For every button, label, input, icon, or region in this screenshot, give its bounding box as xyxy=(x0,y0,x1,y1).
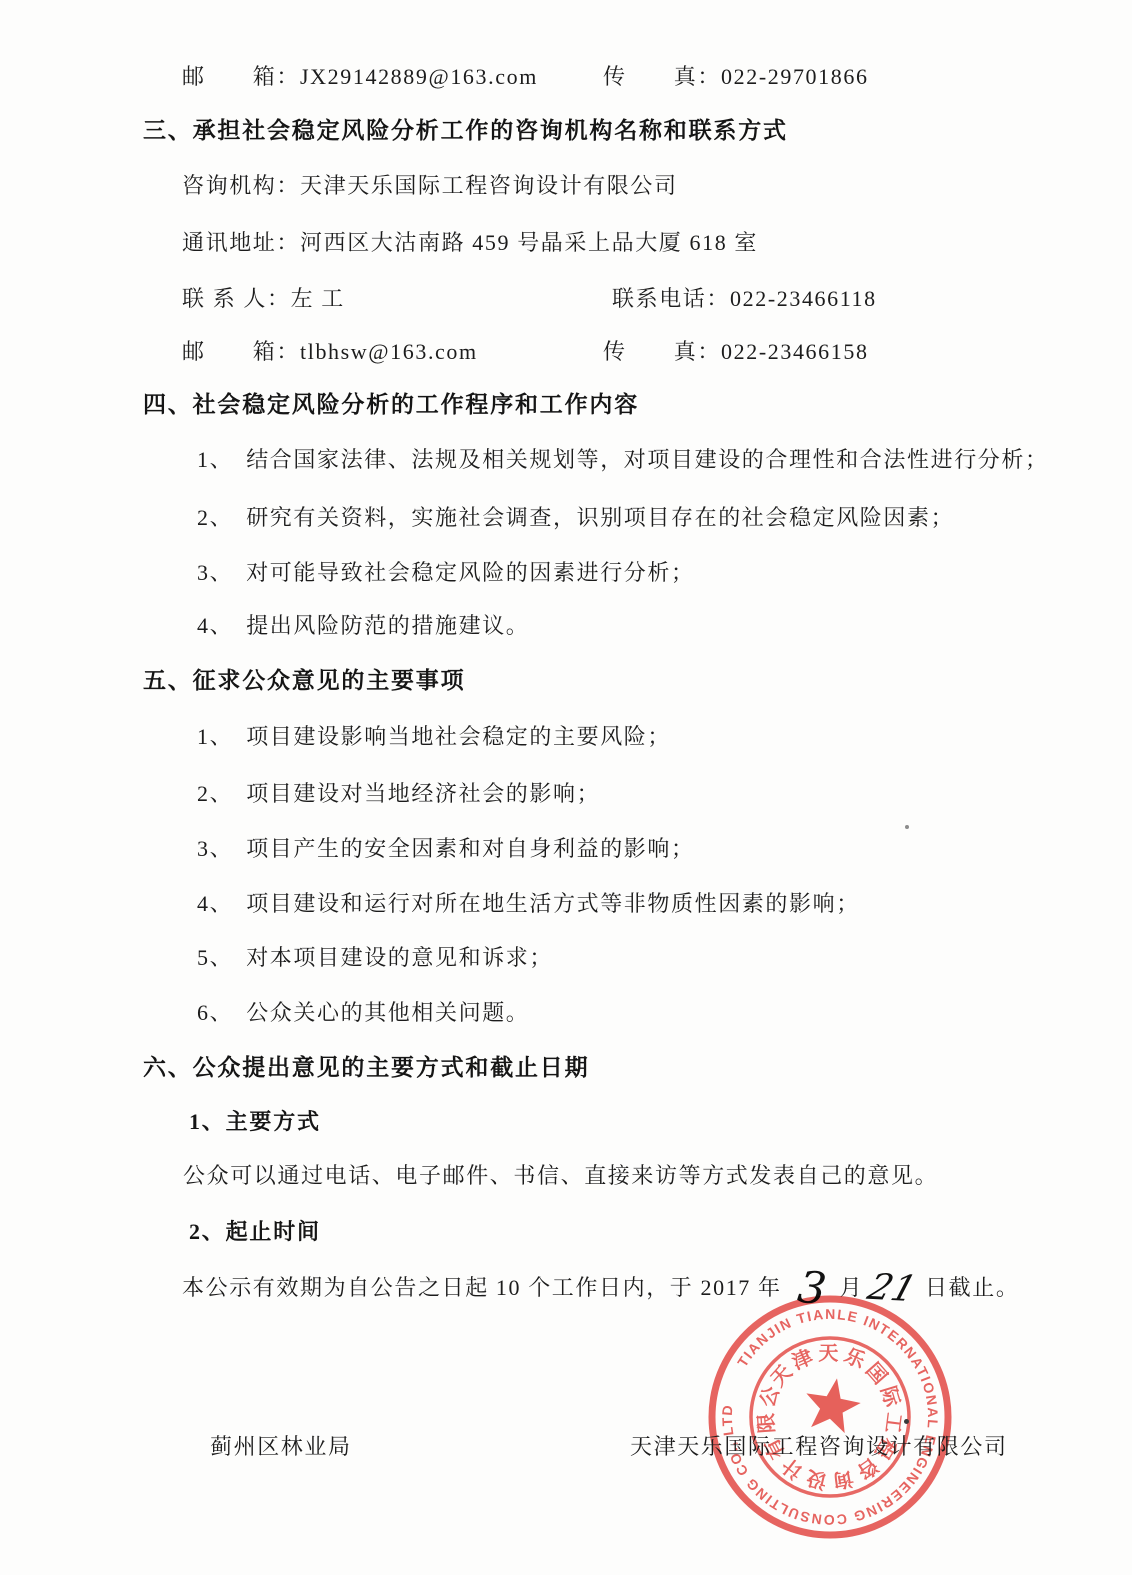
item-text: 对可能导致社会稳定风险的因素进行分析； xyxy=(246,560,694,585)
section5-item-6: 6、公众关心的其他相关问题。 xyxy=(197,998,529,1028)
item-number: 1、 xyxy=(197,445,233,475)
header-fax: 传 真：022-29701866 xyxy=(603,62,869,92)
header-email-fax-row: 邮 箱：JX29142889@163.com xyxy=(182,62,538,92)
header-email-label: 邮 箱： xyxy=(182,64,300,89)
section4-item-2: 2、研究有关资料，实施社会调查，识别项目存在的社会稳定风险因素； xyxy=(197,503,954,533)
item-number: 3、 xyxy=(197,834,233,864)
scan-speck xyxy=(904,1419,909,1424)
section3-phone: 联系电话：022-23466118 xyxy=(612,284,877,314)
section6-sub1-title: 1、主要方式 xyxy=(189,1107,321,1137)
header-fax-value: 022-29701866 xyxy=(721,64,869,89)
item-text: 对本项目建设的意见和诉求； xyxy=(246,945,553,970)
item-number: 5、 xyxy=(197,943,233,973)
item-text: 研究有关资料，实施社会调查，识别项目存在的社会稳定风险因素； xyxy=(246,505,954,530)
section3-contact-person: 联 系 人：左 工 xyxy=(182,284,345,314)
section4-item-1: 1、结合国家法律、法规及相关规划等，对项目建设的合理性和合法性进行分析； xyxy=(197,445,1049,475)
item-number: 2、 xyxy=(197,779,233,809)
section4-item-3: 3、对可能导致社会稳定风险的因素进行分析； xyxy=(197,558,695,588)
header-fax-label: 传 真： xyxy=(603,64,721,89)
item-text: 公众关心的其他相关问题。 xyxy=(246,1000,529,1025)
section3-email-value: tlbhsw@163.com xyxy=(300,339,478,364)
section3-title: 三、承担社会稳定风险分析工作的咨询机构名称和联系方式 xyxy=(143,116,788,146)
document-page: 邮 箱：JX29142889@163.com 传 真：022-29701866 … xyxy=(0,0,1132,1575)
item-text: 结合国家法律、法规及相关规划等，对项目建设的合理性和合法性进行分析； xyxy=(246,447,1048,472)
item-number: 4、 xyxy=(197,611,233,641)
section3-fax-label: 传 真： xyxy=(603,339,721,364)
section3-email: 邮 箱：tlbhsw@163.com xyxy=(182,337,478,367)
section3-agency: 咨询机构：天津天乐国际工程咨询设计有限公司 xyxy=(182,171,678,201)
item-text: 项目产生的安全因素和对自身利益的影响； xyxy=(246,836,694,861)
section5-item-5: 5、对本项目建设的意见和诉求； xyxy=(197,943,553,973)
footer-left-org: 蓟州区林业局 xyxy=(210,1432,352,1462)
section5-title: 五、征求公众意见的主要事项 xyxy=(143,666,465,696)
item-text: 项目建设对当地经济社会的影响； xyxy=(246,781,600,806)
company-seal-stamp: TIANJIN TIANLE INTERNATIONAL ENGINEERING… xyxy=(705,1295,955,1545)
item-number: 4、 xyxy=(197,889,233,919)
section6-sub1-text: 公众可以通过电话、电子邮件、书信、直接来访等方式发表自己的意见。 xyxy=(183,1161,938,1191)
header-email-value: JX29142889@163.com xyxy=(300,64,538,89)
item-number: 6、 xyxy=(197,998,233,1028)
footer-right-org: 天津天乐国际工程咨询设计有限公司 xyxy=(630,1432,1008,1462)
section3-fax: 传 真：022-23466158 xyxy=(603,337,869,367)
item-text: 项目建设影响当地社会稳定的主要风险； xyxy=(246,724,671,749)
seal-english-ring-text: TIANJIN TIANLE INTERNATIONAL ENGINEERING… xyxy=(705,1295,955,1545)
section5-item-2: 2、项目建设对当地经济社会的影响； xyxy=(197,779,600,809)
item-text: 项目建设和运行对所在地生活方式等非物质性因素的影响； xyxy=(246,891,860,916)
section4-item-4: 4、提出风险防范的措施建议。 xyxy=(197,611,529,641)
section3-fax-value: 022-23466158 xyxy=(721,339,869,364)
seal-star-icon xyxy=(806,1378,860,1433)
section6-title: 六、公众提出意见的主要方式和截止日期 xyxy=(143,1053,589,1083)
scan-speck xyxy=(905,825,909,829)
item-text: 提出风险防范的措施建议。 xyxy=(246,613,529,638)
deadline-prefix: 本公示有效期为自公告之日起 10 个工作日内，于 2017 年 xyxy=(182,1275,782,1300)
section3-phone-label: 联系电话： xyxy=(612,286,730,311)
section4-title: 四、社会稳定风险分析的工作程序和工作内容 xyxy=(143,390,639,420)
section6-sub2-title: 2、起止时间 xyxy=(189,1217,321,1247)
section5-item-1: 1、项目建设影响当地社会稳定的主要风险； xyxy=(197,722,671,752)
item-number: 3、 xyxy=(197,558,233,588)
section3-phone-value: 022-23466118 xyxy=(730,286,877,311)
section5-item-4: 4、项目建设和运行对所在地生活方式等非物质性因素的影响； xyxy=(197,889,860,919)
section3-address: 通讯地址：河西区大沽南路 459 号晶采上品大厦 618 室 xyxy=(182,228,758,258)
item-number: 1、 xyxy=(197,722,233,752)
section5-item-3: 3、项目产生的安全因素和对自身利益的影响； xyxy=(197,834,695,864)
item-number: 2、 xyxy=(197,503,233,533)
section3-email-label: 邮 箱： xyxy=(182,339,300,364)
